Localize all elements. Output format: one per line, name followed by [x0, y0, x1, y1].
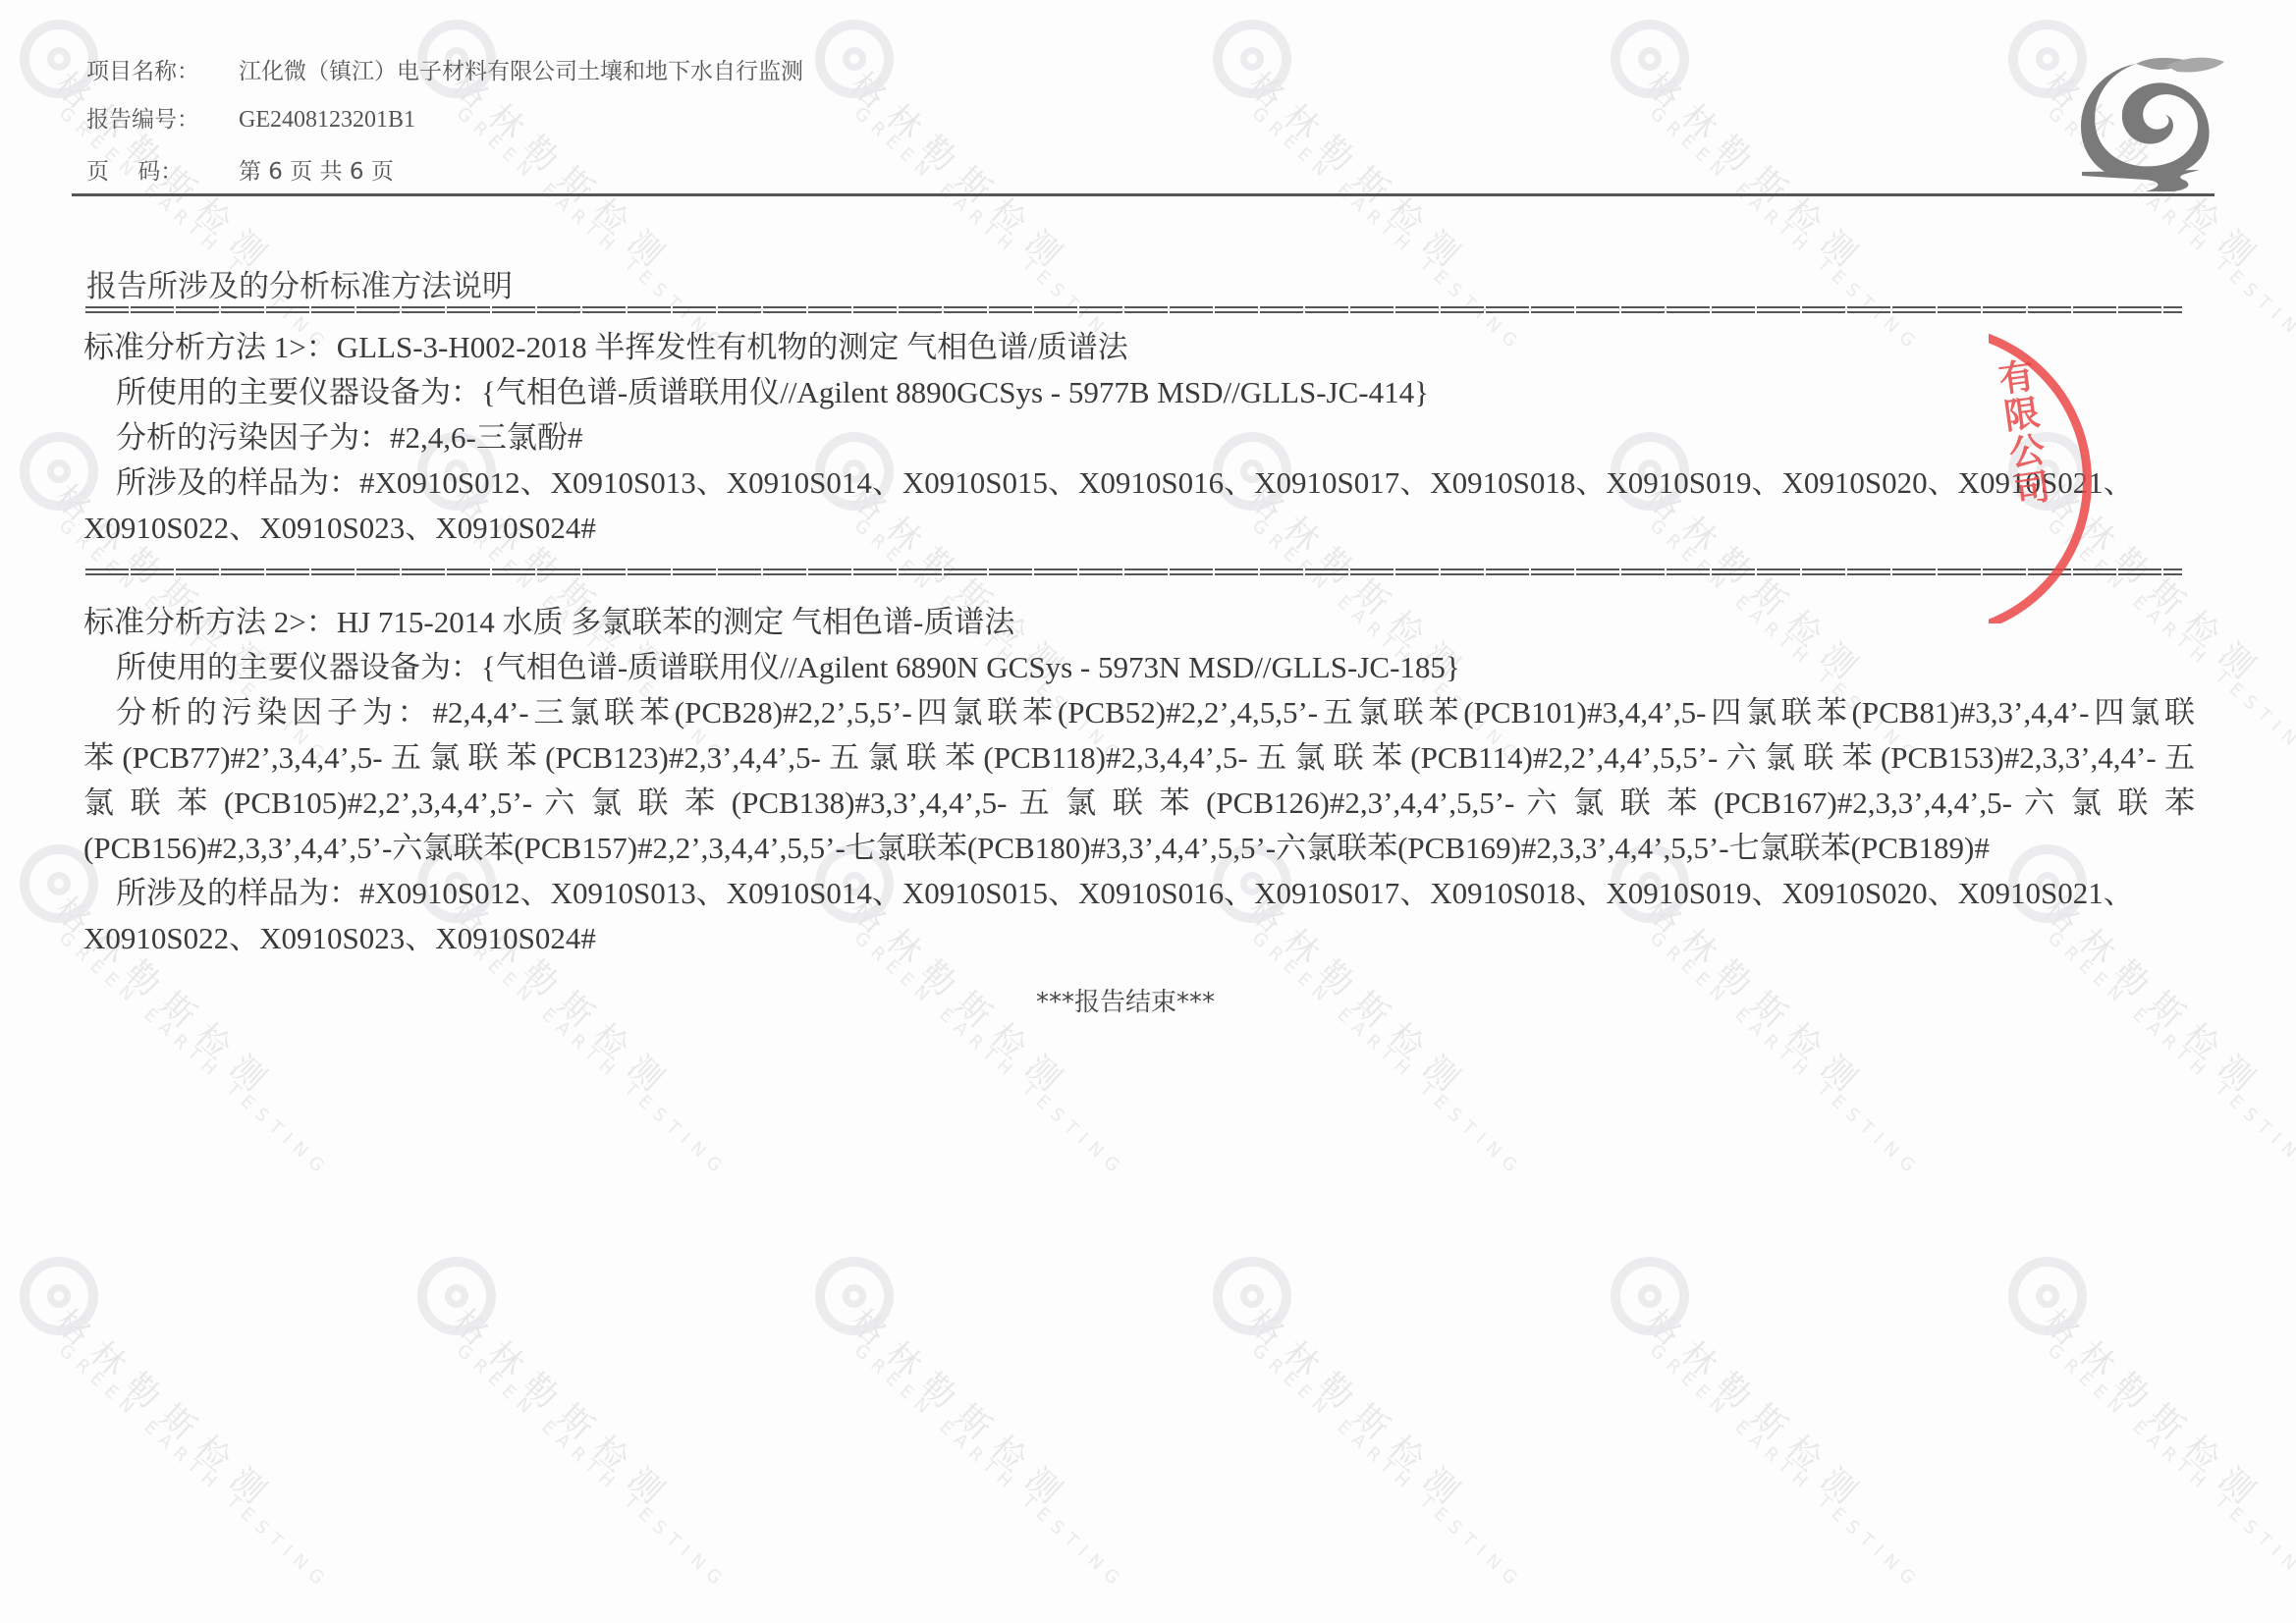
watermark-tile: 格林勒斯检测GREEN EARTH TESTING	[417, 1257, 741, 1492]
method-pollutants: 分析的污染因子为：#2,4,6-三氯酚#	[83, 415, 2195, 460]
watermark-text-en: GREEN EARTH TESTING	[2044, 1340, 2296, 1595]
method-title: 标准分析方法 2>：HJ 715-2014 水质 多氯联苯的测定 气相色谱-质谱…	[83, 600, 2195, 645]
watermark-text-en: GREEN EARTH TESTING	[850, 103, 1129, 357]
project-name-row: 项目名称： 江化微（镇江）电子材料有限公司土壤和地下水自行监测	[86, 53, 803, 85]
report-number-label: 报告编号：	[86, 101, 239, 134]
watermark-tile: 格林勒斯检测GREEN EARTH TESTING	[2008, 1257, 2296, 1492]
company-swirl-logo-icon	[2067, 44, 2234, 191]
watermark-tile: 格林勒斯检测GREEN EARTH TESTING	[1611, 1257, 1935, 1492]
method-pollutants: 分析的污染因子为：#2,4,4’-三氯联苯(PCB28)#2,2’,5,5’-四…	[83, 690, 2195, 735]
watermark-logo-icon	[1611, 1257, 1689, 1335]
watermark-text-en: GREEN EARTH TESTING	[850, 1340, 1129, 1595]
watermark-logo-icon	[1611, 20, 1689, 98]
watermark-text: 格林勒斯检测	[444, 1296, 686, 1521]
watermark-text: 格林勒斯检测	[842, 1296, 1084, 1521]
method-pollutants-cont: (PCB156)#2,3,3’,4,4’,5’-六氯联苯(PCB157)#2,2…	[83, 826, 2195, 871]
watermark-tile: 格林勒斯检测GREEN EARTH TESTING	[815, 20, 1139, 255]
watermark-text-en: GREEN EARTH TESTING	[55, 1340, 334, 1595]
watermark-logo-icon	[815, 1257, 894, 1335]
report-number-value: GE2408123201B1	[239, 107, 415, 134]
method-block-2: 标准分析方法 2>：HJ 715-2014 水质 多氯联苯的测定 气相色谱-质谱…	[83, 600, 2195, 961]
method-equipment: 所使用的主要仪器设备为：{气相色谱-质谱联用仪//Agilent 6890N G…	[83, 645, 2195, 690]
watermark-tile: 格林勒斯检测GREEN EARTH TESTING	[1213, 1257, 1537, 1492]
watermark-text-en: GREEN EARTH TESTING	[1248, 928, 1527, 1182]
method-samples: 所涉及的样品为：#X0910S012、X0910S013、X0910S014、X…	[83, 871, 2195, 916]
watermark-text-en: GREEN EARTH TESTING	[1646, 1340, 1925, 1595]
watermark-text: 格林勒斯检测	[842, 59, 1084, 284]
watermark-text-en: GREEN EARTH TESTING	[1248, 103, 1527, 357]
watermark-logo-icon	[417, 1257, 496, 1335]
watermark-text-en: GREEN EARTH TESTING	[55, 928, 334, 1182]
watermark-logo-icon	[2008, 1257, 2087, 1335]
header-rule	[72, 193, 2214, 196]
watermark-text-en: GREEN EARTH TESTING	[1248, 1340, 1527, 1595]
method-pollutants-cont: 氯 联 苯 (PCB105)#2,2’,3,4,4’,5’- 六 氯 联 苯 (…	[83, 781, 2195, 826]
watermark-text-en: GREEN EARTH TESTING	[850, 928, 1129, 1182]
method-pollutants-cont: 苯(PCB77)#2’,3,4,4’,5-五氯联苯(PCB123)#2,3’,4…	[83, 735, 2195, 781]
watermark-text: 格林勒斯检测	[2035, 1296, 2277, 1521]
method-block-1: 标准分析方法 1>：GLLS-3-H002-2018 半挥发性有机物的测定 气相…	[83, 325, 2195, 551]
method-title: 标准分析方法 1>：GLLS-3-H002-2018 半挥发性有机物的测定 气相…	[83, 325, 2195, 370]
watermark-text: 格林勒斯检测	[1239, 1296, 1482, 1521]
page-number-value: 第 6 页 共 6 页	[239, 153, 394, 186]
watermark-logo-icon	[1213, 20, 1291, 98]
watermark-tile: 格林勒斯检测GREEN EARTH TESTING	[1611, 20, 1935, 255]
watermark-text: 格林勒斯检测	[1637, 59, 1880, 284]
method-samples-cont: X0910S022、X0910S023、X0910S024#	[83, 506, 2195, 551]
watermark-text: 格林勒斯检测	[46, 1296, 289, 1521]
watermark-text: 格林勒斯检测	[1239, 59, 1482, 284]
section-title: 报告所涉及的分析标准方法说明	[86, 261, 513, 305]
report-end-marker: ***报告结束***	[1036, 982, 1215, 1018]
watermark-tile: 格林勒斯检测GREEN EARTH TESTING	[20, 1257, 344, 1492]
method-samples-cont: X0910S022、X0910S023、X0910S024#	[83, 916, 2195, 961]
project-name-value: 江化微（镇江）电子材料有限公司土壤和地下水自行监测	[239, 53, 803, 85]
method-samples: 所涉及的样品为：#X0910S012、X0910S013、X0910S014、X…	[83, 460, 2195, 506]
watermark-text-en: GREEN EARTH TESTING	[453, 928, 732, 1182]
page-number-row: 页 码： 第 6 页 共 6 页	[86, 153, 394, 186]
watermark-logo-icon	[20, 1257, 98, 1335]
watermark-text-en: GREEN EARTH TESTING	[1646, 928, 1925, 1182]
double-separator	[85, 568, 2182, 576]
report-number-row: 报告编号： GE2408123201B1	[86, 101, 415, 134]
watermark-text: 格林勒斯检测	[444, 59, 686, 284]
watermark-text: 格林勒斯检测	[1637, 1296, 1880, 1521]
watermark-tile: 格林勒斯检测GREEN EARTH TESTING	[815, 1257, 1139, 1492]
watermark-text-en: GREEN EARTH TESTING	[2044, 928, 2296, 1182]
double-separator	[85, 306, 2182, 314]
page-number-label: 页 码：	[86, 153, 239, 186]
watermark-logo-icon	[1213, 1257, 1291, 1335]
project-name-label: 项目名称：	[86, 53, 239, 85]
watermark-logo-icon	[815, 20, 894, 98]
watermark-text-en: GREEN EARTH TESTING	[453, 1340, 732, 1595]
watermark-text-en: GREEN EARTH TESTING	[453, 103, 732, 357]
watermark-tile: 格林勒斯检测GREEN EARTH TESTING	[1213, 20, 1537, 255]
watermark-text-en: GREEN EARTH TESTING	[1646, 103, 1925, 357]
watermark-text-en: GREEN EARTH TESTING	[55, 103, 334, 357]
method-equipment: 所使用的主要仪器设备为：{气相色谱-质谱联用仪//Agilent 8890GCS…	[83, 370, 2195, 415]
